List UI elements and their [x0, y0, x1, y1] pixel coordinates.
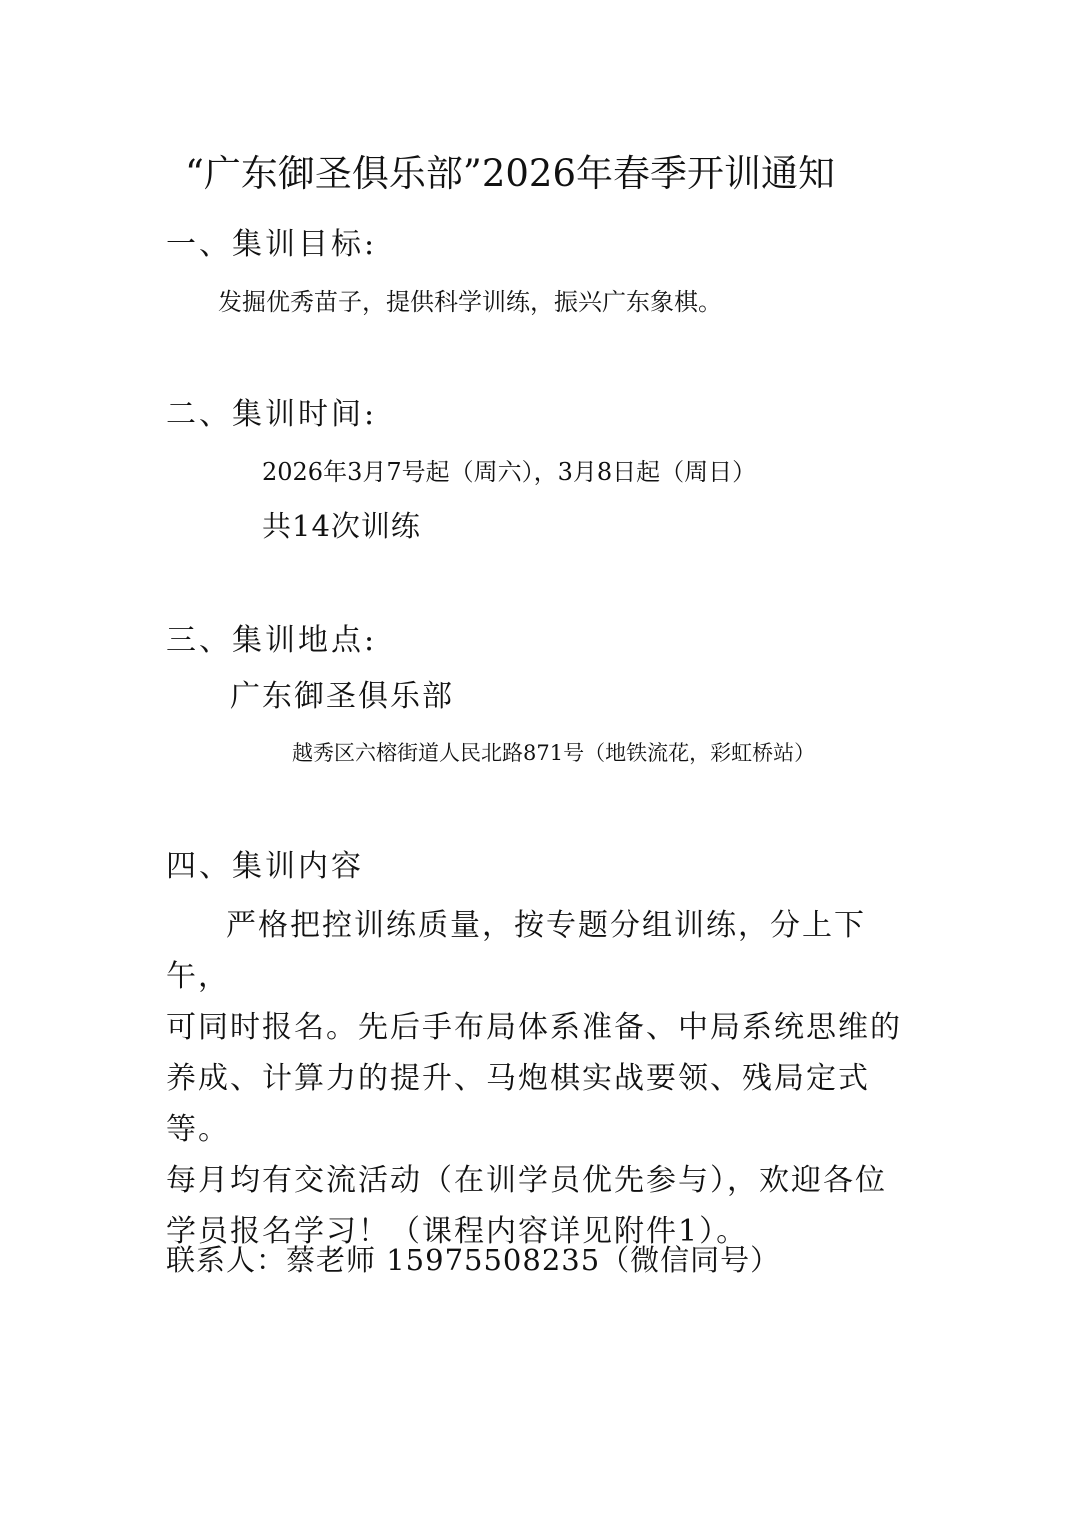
content-paragraph: 严格把控训练质量，按专题分组训练，分上下午， 可同时报名。先后手布局体系准备、中…: [166, 900, 926, 1257]
section-heading-location: 三、集训地点:: [166, 626, 377, 656]
session-count-text: 共14次训练: [262, 512, 421, 541]
section-heading-content: 四、集训内容: [166, 852, 364, 882]
section-heading-goal: 一、集训目标:: [166, 230, 377, 260]
content-line: 可同时报名。先后手布局体系准备、中局系统思维的: [166, 1002, 926, 1053]
content-line: 严格把控训练质量，按专题分组训练，分上下午，: [166, 900, 926, 1002]
section-heading-time: 二、集训时间:: [166, 400, 377, 430]
contact-info: 联系人：蔡老师 15975508235（微信同号）: [166, 1246, 780, 1275]
time-dates-text: 2026年3月7号起（周六），3月8日起（周日）: [262, 460, 756, 484]
content-line: 养成、计算力的提升、马炮棋实战要领、残局定式等。: [166, 1053, 926, 1155]
content-line: 每月均有交流活动（在训学员优先参与），欢迎各位: [166, 1155, 926, 1206]
page-title: “广东御圣俱乐部”2026年春季开训通知: [185, 155, 835, 192]
goal-text: 发掘优秀苗子，提供科学训练，振兴广东象棋。: [218, 290, 722, 314]
venue-address: 越秀区六榕街道人民北路871号（地铁流花，彩虹桥站）: [292, 743, 815, 764]
venue-name: 广东御圣俱乐部: [230, 682, 454, 712]
